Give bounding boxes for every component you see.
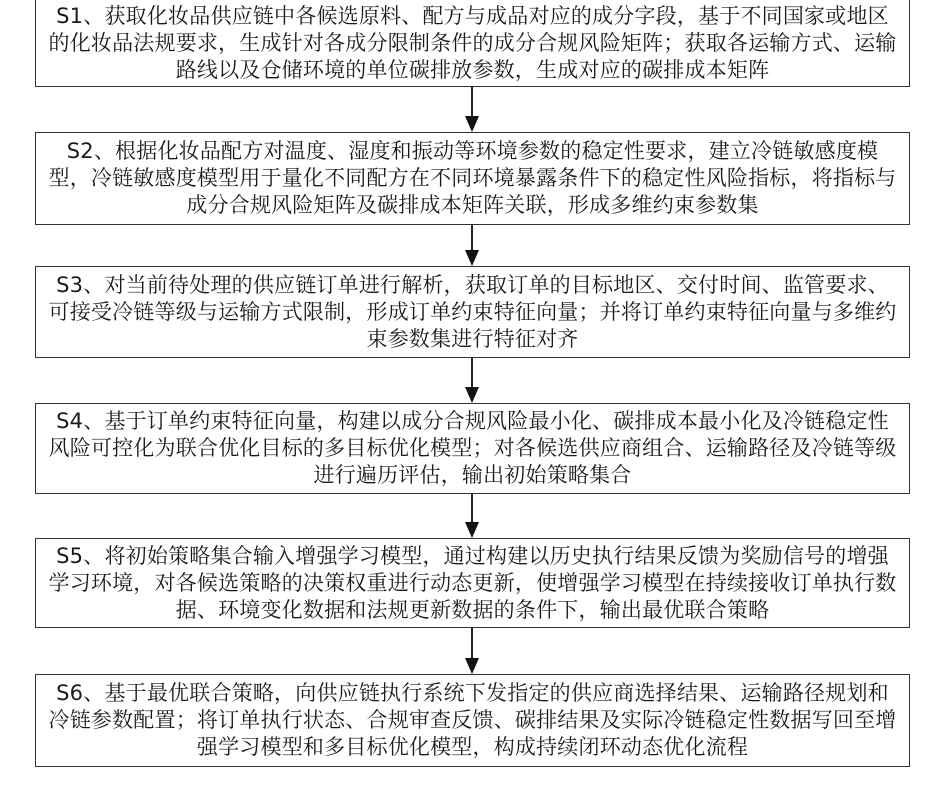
connector-s3-s4 (471, 358, 473, 388)
step-text-s6: S6、基于最优联合策略，向供应链执行系统下发指定的供应商选择结果、运输路径规划和… (46, 680, 899, 761)
arrow-head-icon (465, 522, 479, 538)
connector-s5-s6 (471, 628, 473, 659)
step-box-s3: S3、对当前待处理的供应链订单进行解析，获取订单的目标地区、交付时间、监管要求、… (35, 266, 910, 358)
step-text-s2: S2、根据化妆品配方对温度、湿度和振动等环境参数的稳定性要求，建立冷链敏感度模型… (46, 138, 899, 219)
step-box-s4: S4、基于订单约束特征向量，构建以成分合规风险最小化、碳排成本最小化及冷链稳定性… (35, 403, 910, 494)
step-box-s5: S5、将初始策略集合输入增强学习模型，通过构建以历史执行结果反馈为奖励信号的增强… (35, 538, 910, 628)
step-text-s4: S4、基于订单约束特征向量，构建以成分合规风险最小化、碳排成本最小化及冷链稳定性… (46, 408, 899, 489)
step-box-s1: S1、获取化妆品供应链中各候选原料、配方与成品对应的成分字段，基于不同国家或地区… (35, 0, 910, 87)
connector-s1-s2 (471, 87, 473, 117)
arrow-head-icon (465, 658, 479, 674)
arrow-head-icon (465, 116, 479, 132)
arrow-head-icon (465, 250, 479, 266)
step-box-s2: S2、根据化妆品配方对温度、湿度和振动等环境参数的稳定性要求，建立冷链敏感度模型… (35, 132, 910, 225)
connector-s4-s5 (471, 494, 473, 523)
arrow-head-icon (465, 387, 479, 403)
step-text-s3: S3、对当前待处理的供应链订单进行解析，获取订单的目标地区、交付时间、监管要求、… (46, 272, 899, 353)
step-box-s6: S6、基于最优联合策略，向供应链执行系统下发指定的供应商选择结果、运输路径规划和… (35, 674, 910, 767)
step-text-s1: S1、获取化妆品供应链中各候选原料、配方与成品对应的成分字段，基于不同国家或地区… (46, 3, 899, 84)
step-text-s5: S5、将初始策略集合输入增强学习模型，通过构建以历史执行结果反馈为奖励信号的增强… (46, 543, 899, 624)
connector-s2-s3 (471, 225, 473, 251)
